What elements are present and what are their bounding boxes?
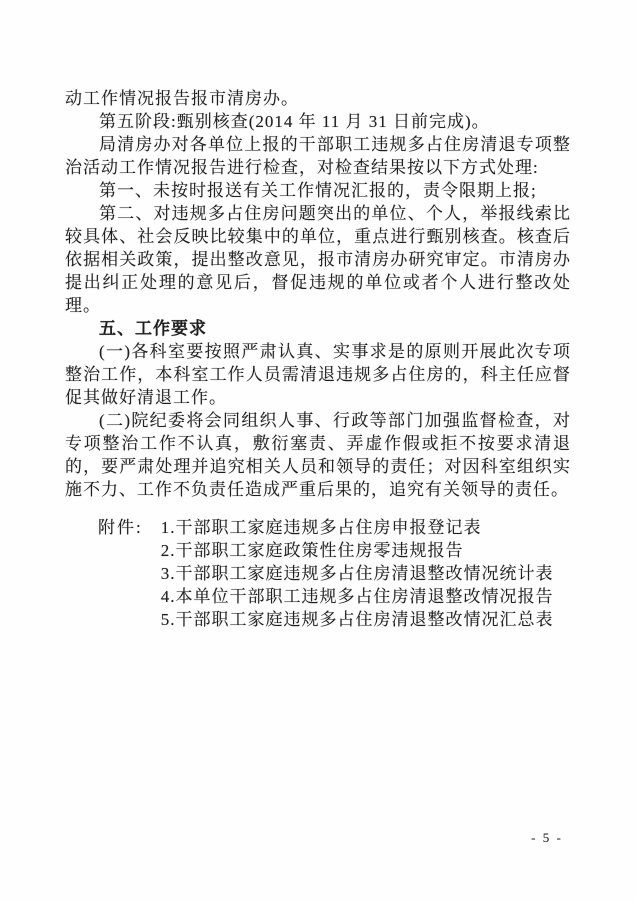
paragraph: 第五阶段:甄别核查(2014 年 11 月 31 日前完成)。	[65, 110, 571, 133]
paragraph: 动工作情况报告报市清房办。	[65, 87, 571, 110]
attachment-item: 4.本单位干部职工违规多占住房清退整改情况报告	[161, 585, 571, 608]
attachment-item: 3.干部职工家庭违规多占住房清退整改情况统计表	[161, 562, 571, 585]
document-body: 动工作情况报告报市清房办。第五阶段:甄别核查(2014 年 11 月 31 日前…	[65, 87, 571, 631]
paragraph: 第一、未按时报送有关工作情况汇报的，责令限期上报;	[65, 179, 571, 202]
document-page: 动工作情况报告报市清房办。第五阶段:甄别核查(2014 年 11 月 31 日前…	[0, 0, 636, 900]
paragraph: (一)各科室要按照严肃认真、实事求是的原则开展此次专项整治工作，本科室工作人员需…	[65, 340, 571, 409]
attachments-block: 附件: 1.干部职工家庭违规多占住房申报登记表2.干部职工家庭政策性住房零违规报…	[98, 516, 571, 631]
attachments-label: 附件:	[98, 516, 143, 539]
page-number: - 5 -	[522, 830, 572, 846]
attachments-list: 1.干部职工家庭违规多占住房申报登记表2.干部职工家庭政策性住房零违规报告3.干…	[161, 516, 571, 631]
section-heading: 五、工作要求	[65, 317, 571, 340]
paragraph: (二)院纪委将会同组织人事、行政等部门加强监督检查，对专项整治工作不认真，敷衍塞…	[65, 409, 571, 501]
paragraph-list: 动工作情况报告报市清房办。第五阶段:甄别核查(2014 年 11 月 31 日前…	[65, 87, 571, 501]
paragraph: 局清房办对各单位上报的干部职工违规多占住房清退专项整治活动工作情况报告进行检查，…	[65, 133, 571, 179]
attachment-item: 2.干部职工家庭政策性住房零违规报告	[161, 539, 571, 562]
attachment-item: 5.干部职工家庭违规多占住房清退整改情况汇总表	[161, 608, 571, 631]
attachment-item: 1.干部职工家庭违规多占住房申报登记表	[161, 516, 571, 539]
paragraph: 第二、对违规多占住房问题突出的单位、个人，举报线索比较具体、社会反映比较集中的单…	[65, 202, 571, 317]
